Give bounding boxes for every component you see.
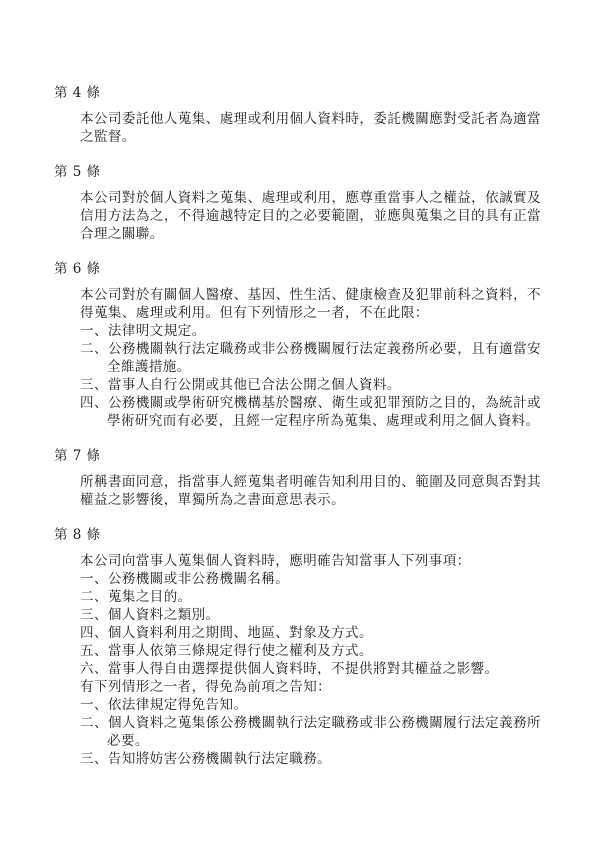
- article: 第 4 條 本公司委託他人蒐集、處理或利用個人資料時，委託機關應對受託者為適當之…: [54, 84, 541, 146]
- article: 第 6 條 本公司對於有關個人醫療、基因、性生活、健康檢查及犯罪前科之資料，不得…: [54, 260, 541, 430]
- document-content: 第 4 條 本公司委託他人蒐集、處理或利用個人資料時，委託機關應對受託者為適當之…: [54, 84, 541, 768]
- document-page: 第 4 條 本公司委託他人蒐集、處理或利用個人資料時，委託機關應對受託者為適當之…: [0, 0, 595, 842]
- article: 第 5 條 本公司對於個人資料之蒐集、處理或利用，應尊重當事人之權益，依誠實及信…: [54, 163, 541, 243]
- article-body: 本公司對於個人資料之蒐集、處理或利用，應尊重當事人之權益，依誠實及信用方法為之，…: [80, 189, 541, 243]
- article-body: 所稱書面同意，指當事人經蒐集者明確告知利用目的、範圍及同意與否對其權益之影響後，…: [80, 473, 541, 509]
- list-item: 三、當事人自行公開或其他已合法公開之個人資料。: [80, 376, 541, 394]
- paragraph-text: 所稱書面同意，指當事人經蒐集者明確告知利用目的、範圍及同意與否對其權益之影響後，…: [80, 473, 541, 509]
- list-item: 一、公務機關或非公務機關名稱。: [80, 570, 541, 588]
- list-item: 六、當事人得自由選擇提供個人資料時，不提供將對其權益之影響。: [80, 660, 541, 678]
- list-item: 二、公務機關執行法定職務或非公務機關履行法定義務所必要，且有適當安全維護措施。: [80, 340, 541, 376]
- paragraph-text: 本公司委託他人蒐集、處理或利用個人資料時，委託機關應對受託者為適當之監督。: [80, 110, 541, 146]
- list-item: 五、當事人依第三條規定得行使之權利及方式。: [80, 642, 541, 660]
- list-item: 二、個人資料之蒐集係公務機關執行法定職務或非公務機關履行法定義務所必要。: [80, 714, 541, 750]
- article-body: 本公司委託他人蒐集、處理或利用個人資料時，委託機關應對受託者為適當之監督。: [80, 110, 541, 146]
- list-item: 一、依法律規定得免告知。: [80, 696, 541, 714]
- paragraph-text: 有下列情形之一者，得免為前項之告知：: [80, 678, 541, 696]
- list-item: 一、法律明文規定。: [80, 322, 541, 340]
- article-body: 本公司對於有關個人醫療、基因、性生活、健康檢查及犯罪前科之資料，不得蒐集、處理或…: [80, 286, 541, 430]
- article-heading: 第 5 條: [54, 163, 541, 181]
- article-heading: 第 7 條: [54, 447, 541, 465]
- article-heading: 第 8 條: [54, 526, 541, 544]
- list-item: 二、蒐集之目的。: [80, 588, 541, 606]
- article-body: 本公司向當事人蒐集個人資料時，應明確告知當事人下列事項：一、公務機關或非公務機關…: [80, 552, 541, 768]
- list-item: 四、個人資料利用之期間、地區、對象及方式。: [80, 624, 541, 642]
- article-heading: 第 6 條: [54, 260, 541, 278]
- article: 第 8 條 本公司向當事人蒐集個人資料時，應明確告知當事人下列事項：一、公務機關…: [54, 526, 541, 768]
- list-item: 四、公務機關或學術研究機構基於醫療、衛生或犯罪預防之目的，為統計或學術研究而有必…: [80, 394, 541, 430]
- article: 第 7 條 所稱書面同意，指當事人經蒐集者明確告知利用目的、範圍及同意與否對其權…: [54, 447, 541, 509]
- paragraph-text: 本公司對於個人資料之蒐集、處理或利用，應尊重當事人之權益，依誠實及信用方法為之，…: [80, 189, 541, 243]
- paragraph-text: 本公司對於有關個人醫療、基因、性生活、健康檢查及犯罪前科之資料，不得蒐集、處理或…: [80, 286, 541, 322]
- list-item: 三、告知將妨害公務機關執行法定職務。: [80, 750, 541, 768]
- article-heading: 第 4 條: [54, 84, 541, 102]
- list-item: 三、個人資料之類別。: [80, 606, 541, 624]
- paragraph-text: 本公司向當事人蒐集個人資料時，應明確告知當事人下列事項：: [80, 552, 541, 570]
